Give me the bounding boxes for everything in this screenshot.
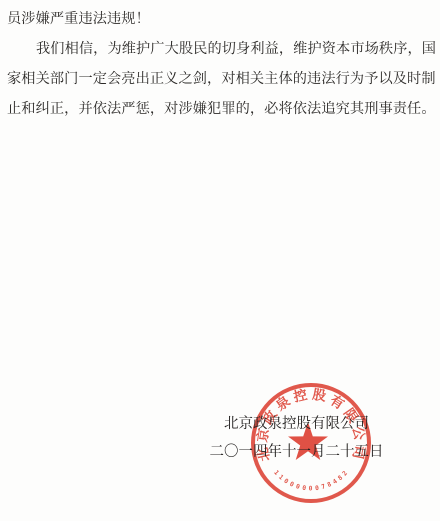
signature-date: 二〇一四年十一月二十五日 — [182, 438, 411, 466]
scanned-letter-page: 员涉嫌严重违法违规！ 我们相信，为维护广大股民的切身利益，维护资本市场秩序，国 … — [0, 0, 440, 521]
letter-body: 员涉嫌严重违法违规！ 我们相信，为维护广大股民的切身利益，维护资本市场秩序，国 … — [7, 4, 435, 124]
body-line-4: 止和纠正，并依法严惩，对涉嫌犯罪的，必将依法追究其刑事责任。 — [7, 94, 435, 124]
body-line-2: 我们相信，为维护广大股民的切身利益，维护资本市场秩序，国 — [7, 34, 435, 64]
signature-company: 北京政泉控股有限公司 — [182, 410, 411, 438]
body-line-3: 家相关部门一定会亮出正义之剑，对相关主体的违法行为予以及时制 — [7, 64, 435, 94]
signature-block: 北京政泉控股有限公司 二〇一四年十一月二十五日 — [182, 410, 411, 466]
body-line-1: 员涉嫌严重违法违规！ — [7, 4, 435, 34]
seal-serial-number: 1100000078482 — [272, 469, 349, 492]
